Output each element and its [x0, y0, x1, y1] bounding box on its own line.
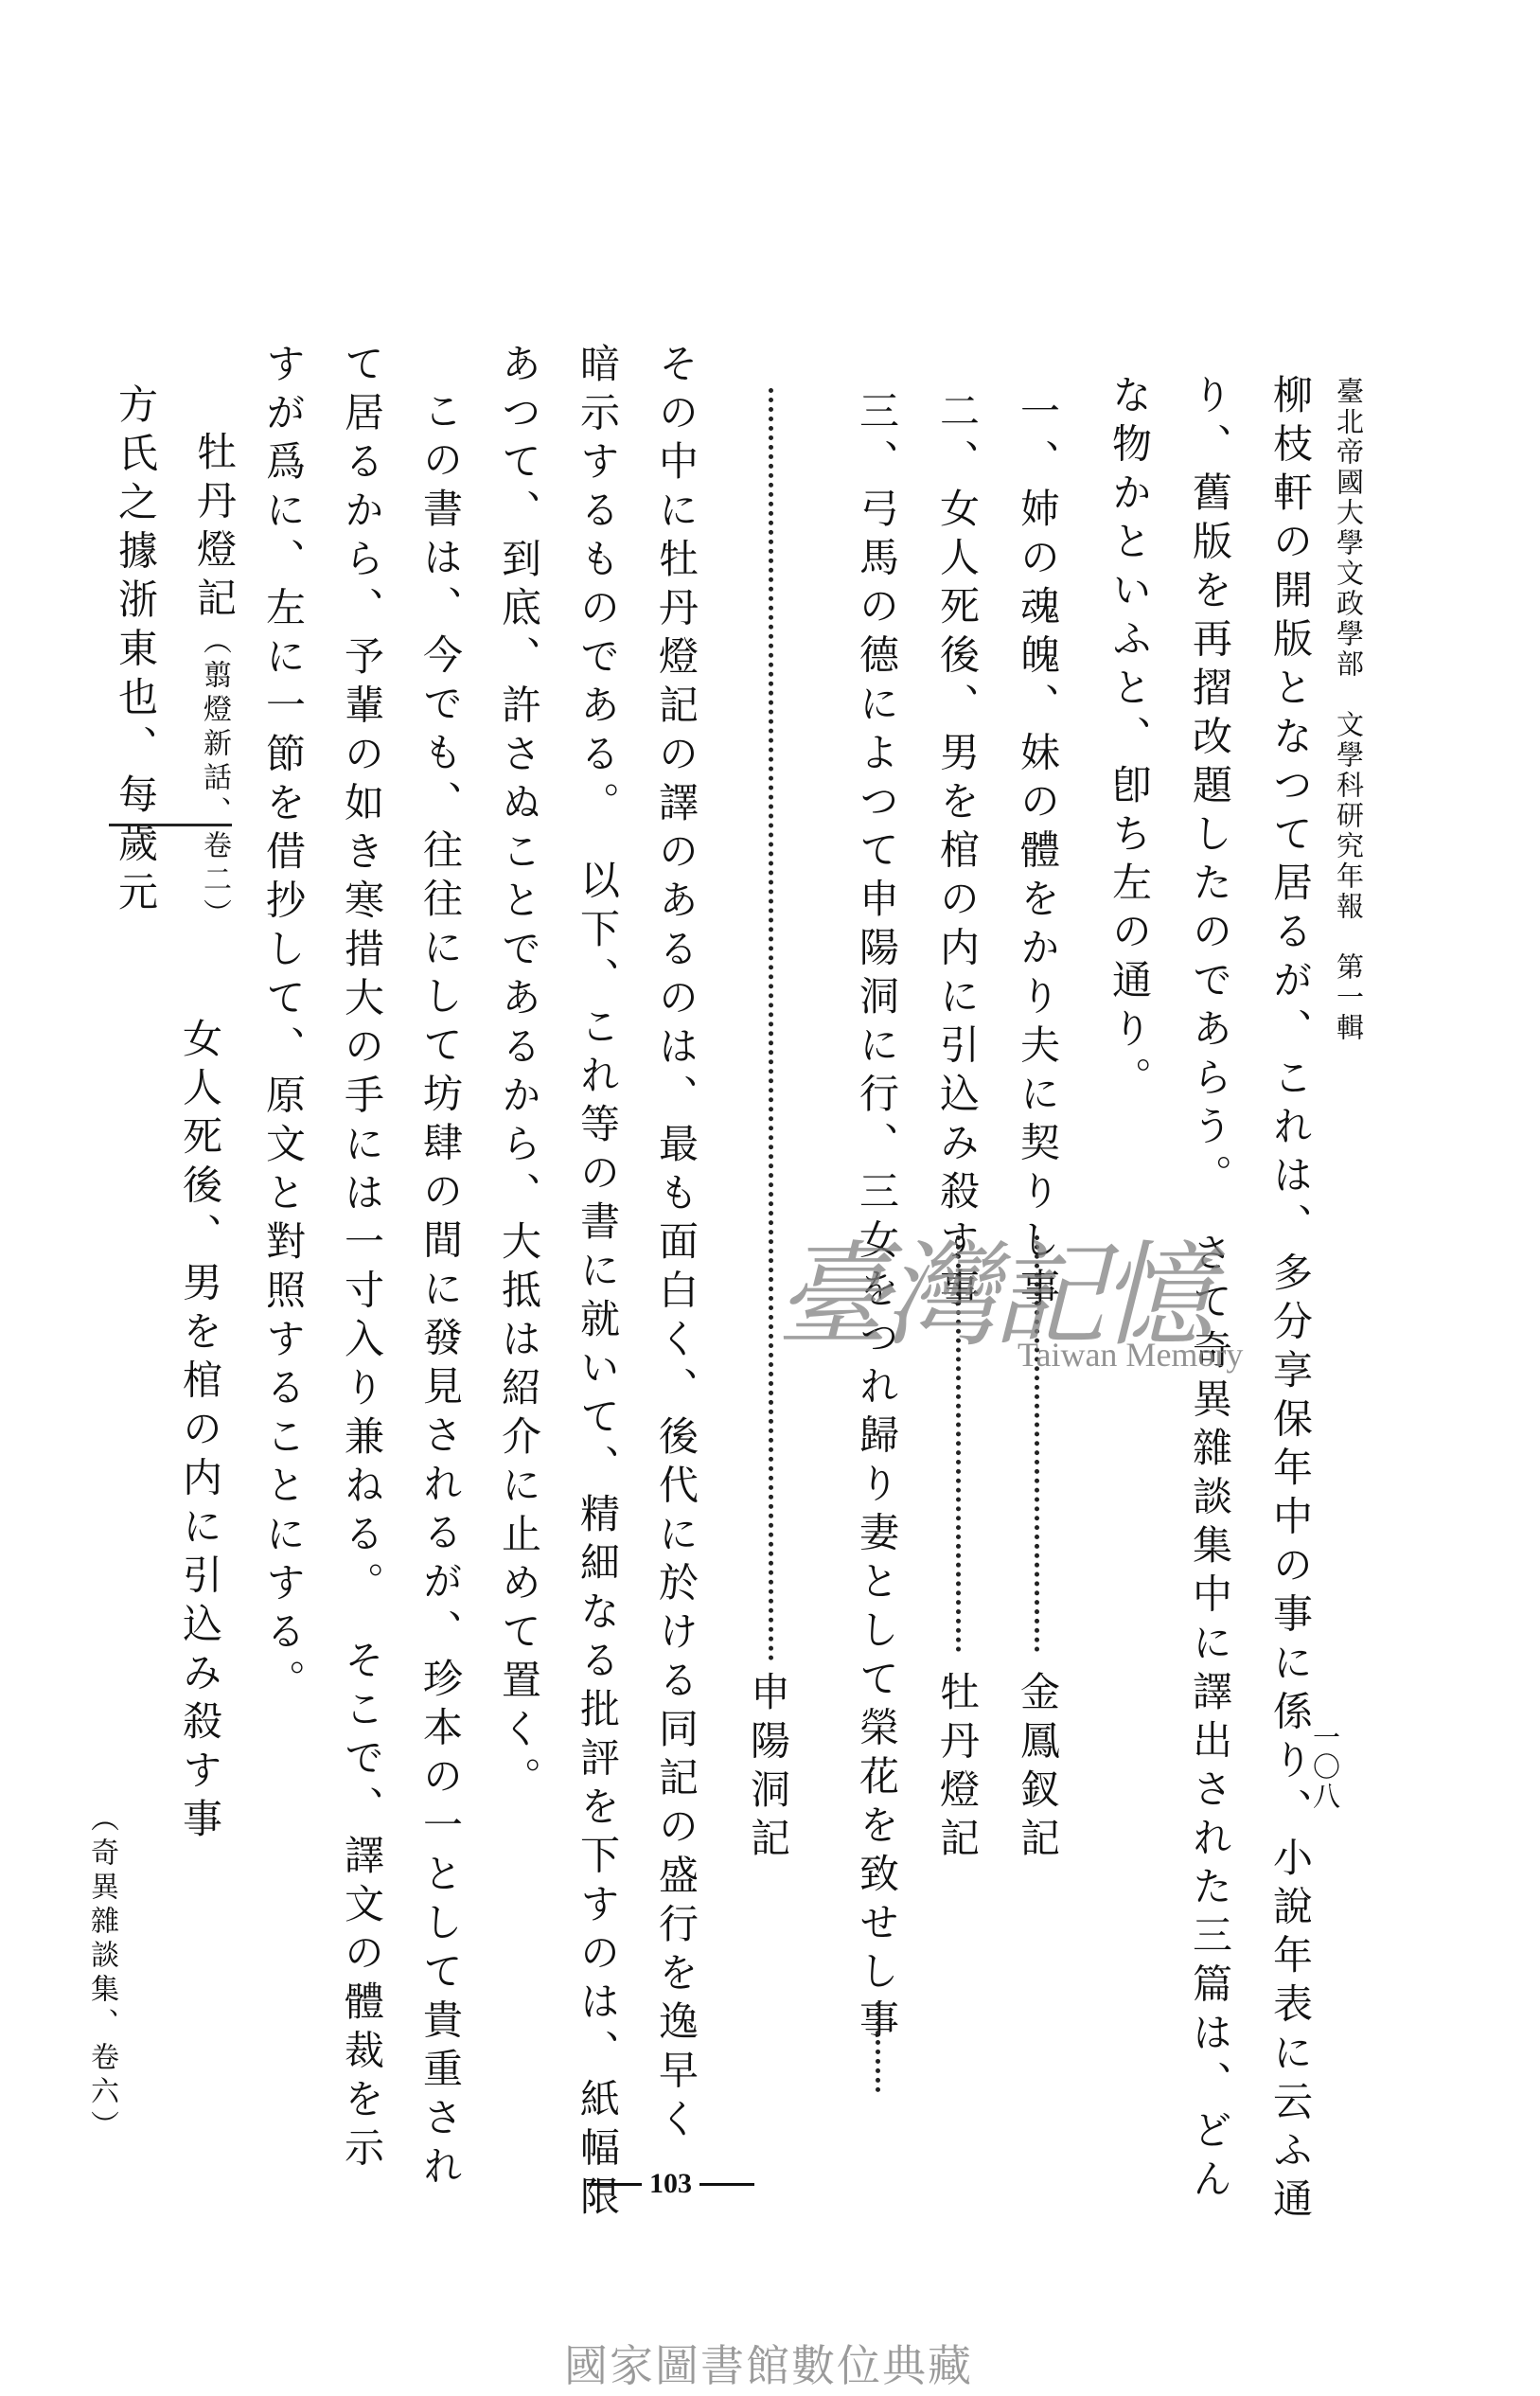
contents-item-2-source: 牡丹燈記: [937, 1671, 977, 1866]
contents-item-number: 二、: [934, 390, 981, 488]
quote-chinese-title: 牡丹燈記（翦燈新話、卷二）: [194, 431, 234, 932]
leader-dots-1: [1035, 1235, 1039, 1652]
quote-japanese-title: 女人死後、男を棺の内に引込み殺す事: [180, 1018, 220, 1847]
contents-item-number: 一、: [1015, 390, 1061, 488]
running-header-title: 臺北帝國大學文政學部 文學科研究年報 第一輯: [1335, 377, 1362, 1043]
main-line-1: その中に牡丹燈記の譯のあるのは、最も面白く、後代に於ける同記の盛行を逸早く: [656, 343, 696, 2147]
contents-item-3-source: 申陽洞記: [748, 1671, 788, 1866]
watermark-logo-icon: 臺灣記憶: [776, 1240, 1208, 1354]
contents-item-title: 姉の魂魄、妹の體をかり夫に契りし事: [1015, 488, 1061, 1317]
intro-line-2: り、舊版を再摺改題したのであらう。 さて奇異雜談集中に譯出された三篇は、どん: [1190, 374, 1230, 2207]
contents-item-number: 三、: [854, 390, 900, 488]
running-header-page-number: 一〇八: [1311, 1723, 1338, 1811]
quote-divider-rule: [109, 824, 232, 826]
leader-dots-2: [956, 1235, 961, 1652]
quote-chinese-text: 方氏之據浙東也、每歲元: [115, 383, 155, 920]
contents-item-title: 女人死後、男を棺の内に引込み殺す事: [934, 488, 981, 1317]
folio-dash-right: [699, 2183, 754, 2186]
contents-item-title: 弓馬の德によつて申陽洞に行、三女をつれ歸り妻として榮花を致せし事: [854, 488, 900, 2048]
folio-page-number: 103: [587, 2168, 754, 2200]
main-line-5: て居るから、予輩の如き寒措大の手には一寸入り兼ねる。 そこで、譯文の體裁を示: [342, 343, 381, 2175]
quote-chinese-source: （翦燈新話、卷二）: [198, 626, 231, 932]
main-line-6: すが爲に、左に一節を借抄して、原文と對照することにする。: [263, 343, 303, 1708]
leader-dots-3: [769, 388, 773, 1661]
contents-item-3: 三、弓馬の德によつて申陽洞に行、三女をつれ歸り妻として榮花を致せし事: [857, 390, 896, 2048]
leader-dots-3a: [876, 2002, 880, 2092]
contents-item-2: 二、女人死後、男を棺の内に引込み殺す事: [937, 390, 977, 1317]
folio-dash-left: [587, 2183, 642, 2186]
main-line-3: あつて、到底、許さぬことであるから、大抵は紹介に止めて置く。: [499, 343, 539, 1805]
main-line-2: 暗示するものである。 以下、これ等の書に就いて、精細なる批評を下すのは、紙幅限: [577, 343, 617, 2225]
archive-caption: 國家圖書館數位典藏: [564, 2332, 973, 2394]
scanned-page: 臺北帝國大學文政學部 文學科研究年報 第一輯 一〇八 柳枝軒の開版となつて居るが…: [0, 0, 1540, 2396]
quote-japanese-source: （奇異雜談集、卷六）: [80, 1803, 122, 2144]
main-line-4: この書は、今でも、往往にして坊肆の間に發見されるが、珍本の一として貴重され: [420, 390, 460, 2194]
contents-item-1: 一、姉の魂魄、妹の體をかり夫に契りし事: [1018, 390, 1057, 1317]
contents-item-1-source: 金鳳釵記: [1018, 1671, 1057, 1866]
intro-line-1: 柳枝軒の開版となつて居るが、これは、多分享保年中の事に係り、小說年表に云ふ通: [1270, 374, 1310, 2227]
intro-line-3: な物かといふと、卽ち左の通り。: [1109, 374, 1149, 1106]
